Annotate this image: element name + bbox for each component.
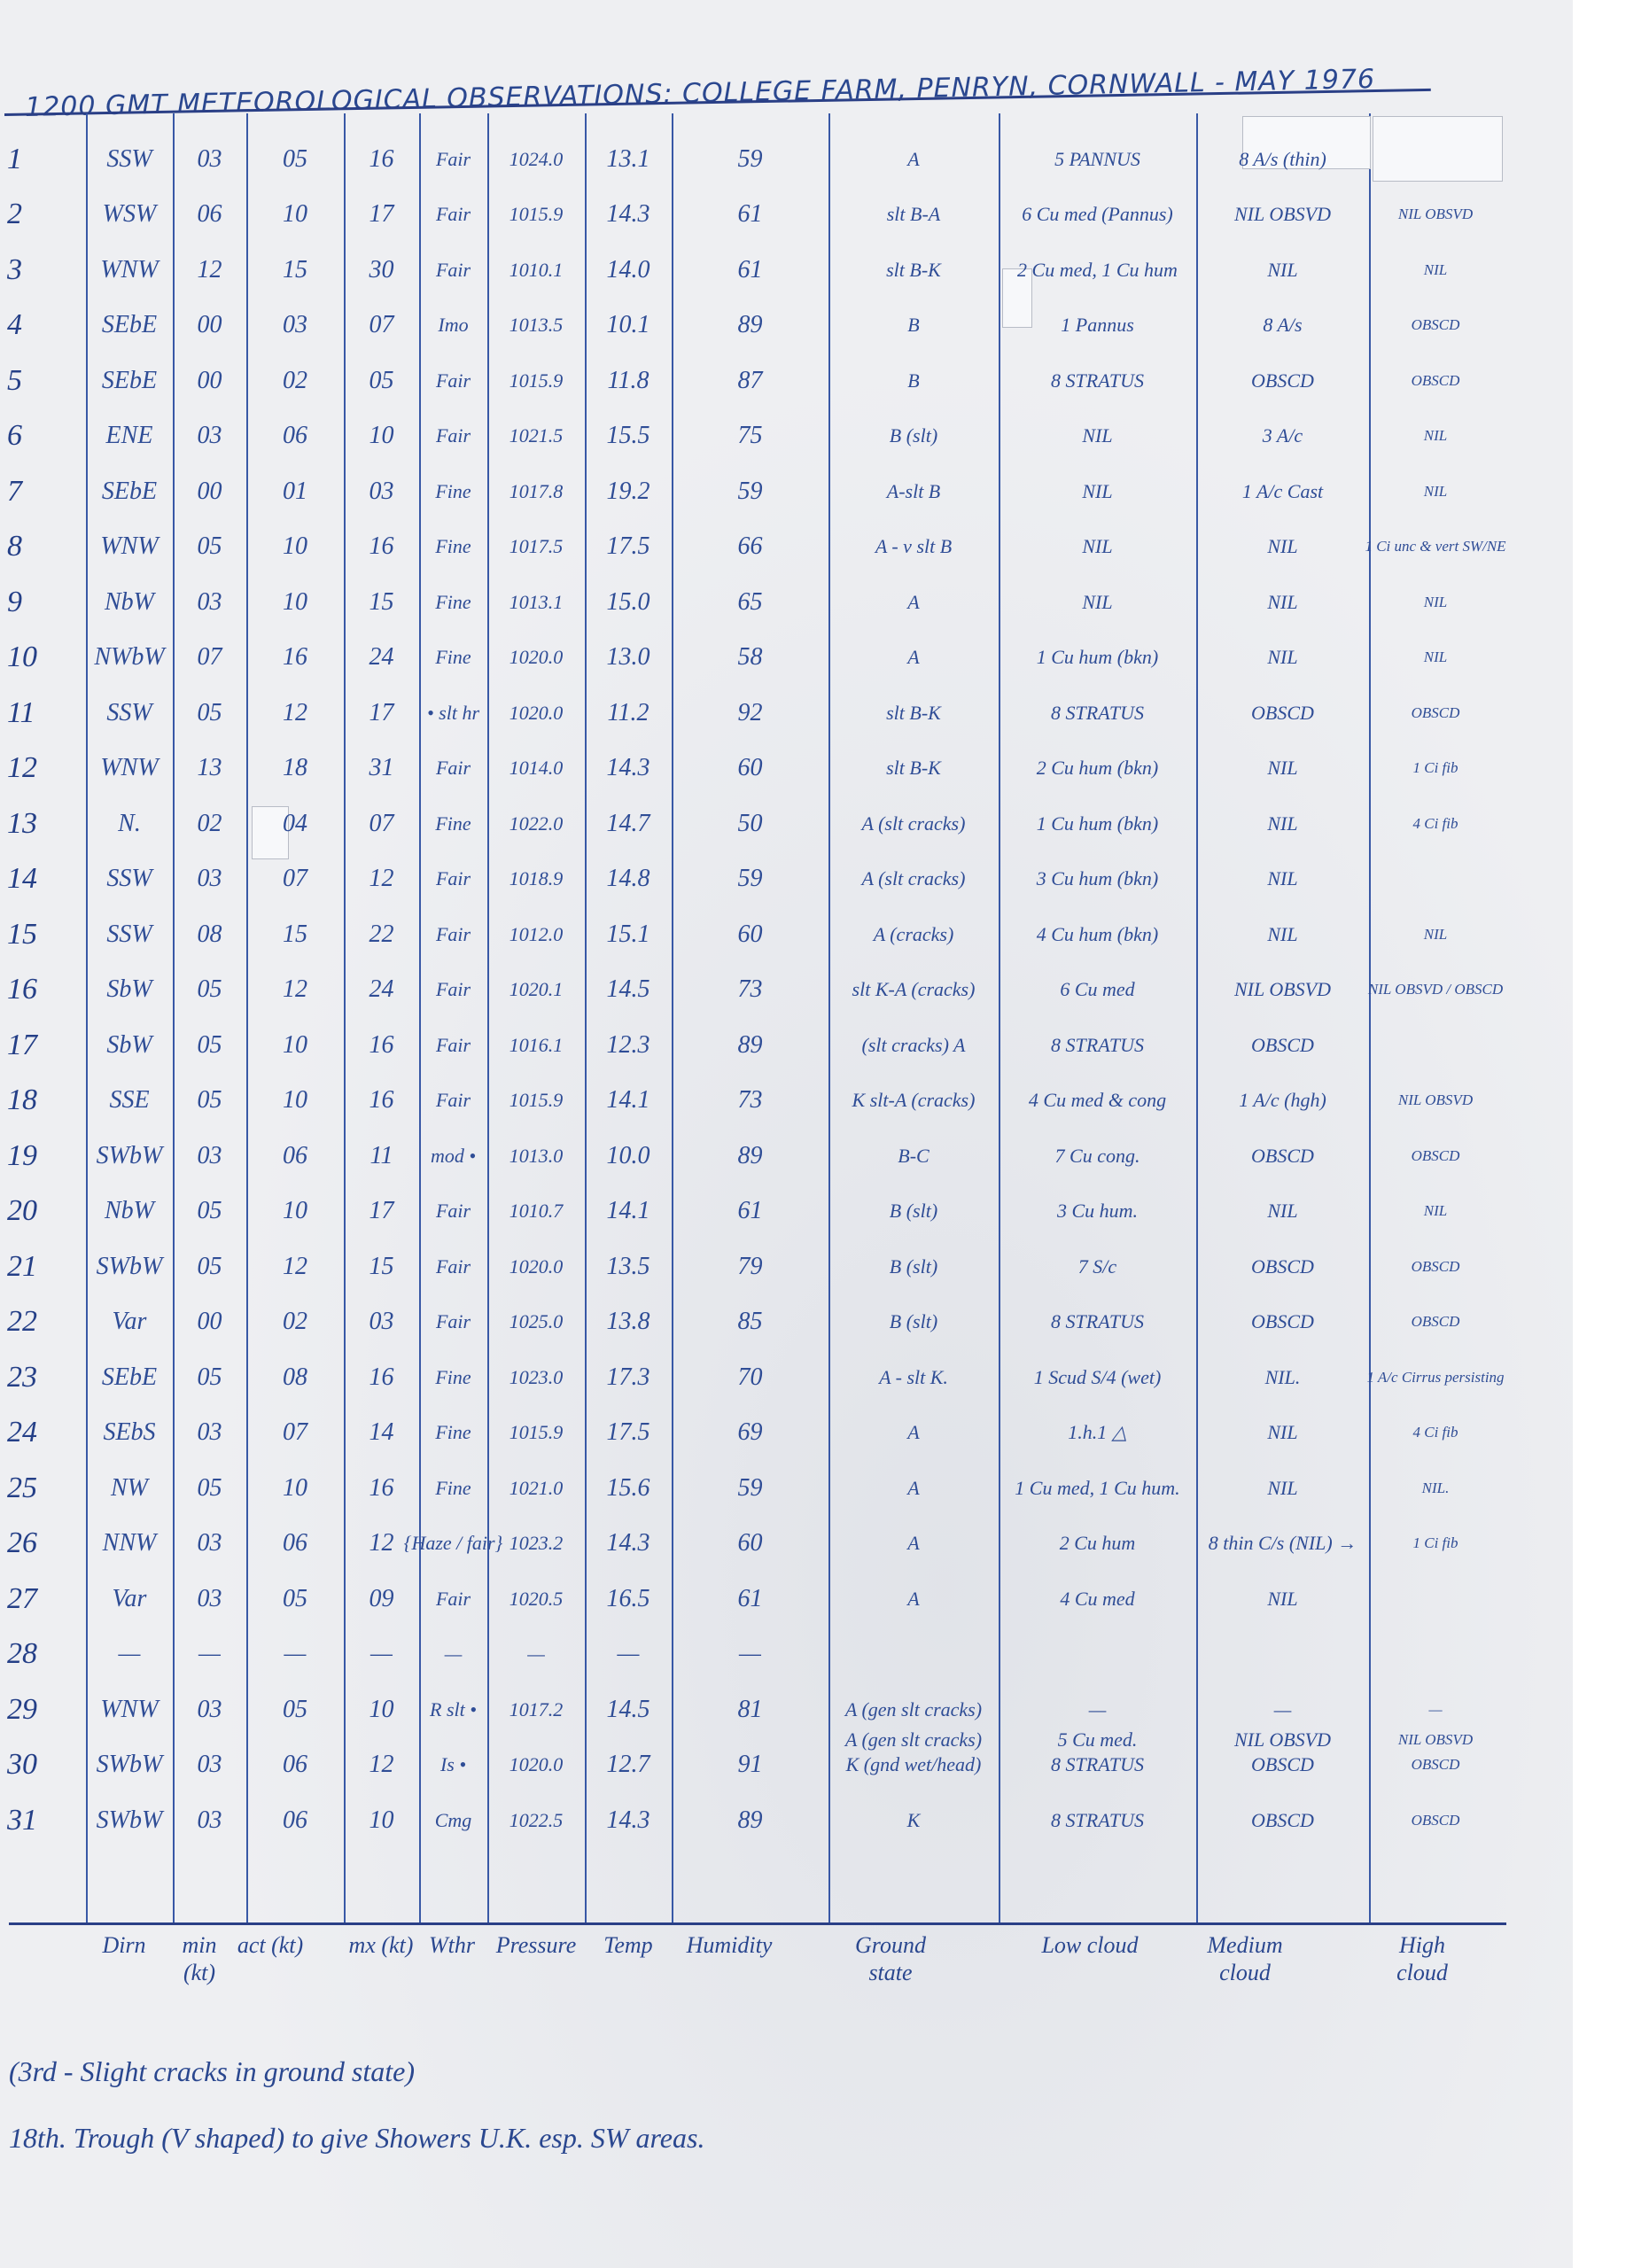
cell-ground: A	[828, 1407, 999, 1459]
cell-high: OBSCD	[1369, 1794, 1502, 1846]
table-row: 20NbW051017Fair1010.714.161B (slt)3 Cu h…	[0, 1185, 1506, 1238]
cell-pressure: 1013.1	[487, 576, 585, 628]
cell-low: 4 Cu med & cong	[999, 1075, 1196, 1127]
cell-humidity: 60	[672, 908, 828, 960]
cell-ground: slt B-A	[828, 189, 999, 241]
cell-day: 5	[0, 354, 93, 407]
cell-ground: A - slt K.	[828, 1351, 999, 1403]
table-row: 11SSW051217• slt hr1020.011.292slt B-K8 …	[0, 687, 1506, 739]
cell-day: 31	[0, 1794, 93, 1846]
cell-dirn: SSW	[86, 908, 173, 960]
cell-dirn: SSW	[86, 853, 173, 905]
footer-label-act: act (kt)	[235, 1931, 306, 1959]
footer-label-low: Low cloud	[1010, 1931, 1170, 1959]
cell-min: 03	[173, 133, 246, 185]
cell-act: 06	[246, 410, 344, 462]
cell-low: NIL	[999, 410, 1196, 462]
cell-pressure: 1017.8	[487, 465, 585, 517]
cell-day: 27	[0, 1573, 93, 1625]
cell-dirn: SWbW	[86, 1794, 173, 1846]
cell-max: 10	[344, 1794, 419, 1846]
cell-temp: 15.5	[585, 410, 672, 462]
cell-temp: 17.3	[585, 1351, 672, 1403]
cell-min: 06	[173, 189, 246, 241]
cell-high: OBSCD	[1369, 687, 1502, 739]
cell-ground: B	[828, 354, 999, 407]
cell-humidity: 59	[672, 465, 828, 517]
cell-act: 06	[246, 1130, 344, 1182]
cell-medium: NIL	[1196, 521, 1369, 573]
cell-day: 28	[0, 1628, 93, 1681]
cell-ground: A	[828, 1518, 999, 1570]
cell-wthr: Fair	[419, 133, 487, 185]
cell-min: 03	[173, 1739, 246, 1791]
table-row: 21SWbW051215Fair1020.013.579B (slt)7 S/c…	[0, 1240, 1506, 1293]
cell-temp: 17.5	[585, 1407, 672, 1459]
cell-wthr: Fine	[419, 1462, 487, 1514]
cell-dirn: NbW	[86, 576, 173, 628]
cell-min: 08	[173, 908, 246, 960]
cell-min: 03	[173, 1130, 246, 1182]
cell-max: 16	[344, 133, 419, 185]
cell-temp: 14.0	[585, 244, 672, 296]
table-row: 27Var030509Fair1020.516.561A4 Cu medNIL	[0, 1573, 1506, 1625]
cell-day: 3	[0, 244, 93, 296]
cell-humidity: 61	[672, 244, 828, 296]
cell-wthr: Is •	[419, 1739, 487, 1791]
cell-high	[1369, 133, 1502, 185]
cell-max: 05	[344, 354, 419, 407]
cell-pressure: —	[487, 1628, 585, 1681]
cell-act: 05	[246, 133, 344, 185]
cell-wthr: Fair	[419, 1019, 487, 1071]
cell-medium: 3 A/c	[1196, 410, 1369, 462]
cell-high: OBSCD	[1369, 1130, 1502, 1182]
cell-min: 05	[173, 964, 246, 1016]
cell-act: 10	[246, 189, 344, 241]
cell-low: 1.h.1 △	[999, 1407, 1196, 1459]
cell-min: 02	[173, 797, 246, 850]
cell-humidity: 65	[672, 576, 828, 628]
cell-min: 00	[173, 299, 246, 352]
cell-low: 8 STRATUS	[999, 1739, 1196, 1791]
cell-day: 8	[0, 521, 93, 573]
cell-dirn: ENE	[86, 410, 173, 462]
cell-medium: NIL	[1196, 908, 1369, 960]
cell-humidity: 58	[672, 632, 828, 684]
cell-ground: (slt cracks) A	[828, 1019, 999, 1071]
cell-wthr: Fine	[419, 576, 487, 628]
cell-pressure: 1022.5	[487, 1794, 585, 1846]
footer-label-humidity: Humidity	[672, 1931, 787, 1959]
cell-day: 10	[0, 632, 93, 684]
cell-min: 05	[173, 1019, 246, 1071]
cell-humidity: 50	[672, 797, 828, 850]
cell-dirn: SSW	[86, 687, 173, 739]
cell-pressure: 1012.0	[487, 908, 585, 960]
cell-max: 16	[344, 1462, 419, 1514]
cell-ground: A	[828, 1573, 999, 1625]
cell-temp: 14.5	[585, 964, 672, 1016]
cell-wthr: Fair	[419, 964, 487, 1016]
cell-high	[1369, 1628, 1502, 1681]
cell-min: 03	[173, 1518, 246, 1570]
cell-medium: OBSCD	[1196, 1296, 1369, 1348]
cell-dirn: SWbW	[86, 1240, 173, 1293]
cell-medium: 8 thin C/s (NIL) →	[1196, 1518, 1369, 1570]
cell-max: 16	[344, 1075, 419, 1127]
cell-pressure: 1015.9	[487, 1075, 585, 1127]
cell-pressure: 1021.0	[487, 1462, 585, 1514]
cell-day: 17	[0, 1019, 93, 1071]
cell-wthr: Fair	[419, 1573, 487, 1625]
cell-temp: 10.0	[585, 1130, 672, 1182]
cell-ground: A (cracks)	[828, 908, 999, 960]
cell-ground: slt B-K	[828, 742, 999, 795]
cell-high: NIL	[1369, 908, 1502, 960]
cell-wthr: Fair	[419, 1185, 487, 1238]
cell-min: 00	[173, 354, 246, 407]
cell-ground: A (slt cracks)	[828, 853, 999, 905]
table-row: 14SSW030712Fair1018.914.859A (slt cracks…	[0, 853, 1506, 905]
cell-min: 05	[173, 1351, 246, 1403]
cell-low: 2 Cu hum (bkn)	[999, 742, 1196, 795]
table-row: 1SSW030516Fair1024.013.159A5 PANNUS8 A/s…	[0, 133, 1506, 185]
cell-dirn: SWbW	[86, 1739, 173, 1791]
cell-high: OBSCD	[1369, 1240, 1502, 1293]
cell-max: 17	[344, 1185, 419, 1238]
cell-act: 12	[246, 687, 344, 739]
cell-humidity: 79	[672, 1240, 828, 1293]
cell-min: 05	[173, 521, 246, 573]
cell-medium: NIL	[1196, 742, 1369, 795]
cell-high: NIL	[1369, 576, 1502, 628]
table-row: 18SSE051016Fair1015.914.173K slt-A (crac…	[0, 1075, 1506, 1127]
cell-temp: 14.3	[585, 742, 672, 795]
cell-wthr: {Haze / fair}	[419, 1518, 487, 1570]
table-row: 30SWbW030612Is •1020.012.791K (gnd wet/h…	[0, 1739, 1506, 1791]
cell-act: 07	[246, 853, 344, 905]
cell-max: 03	[344, 465, 419, 517]
cell-ground: A (slt cracks)	[828, 797, 999, 850]
cell-high: 4 Ci fib	[1369, 797, 1502, 850]
cell-dirn: Var	[86, 1296, 173, 1348]
cell-medium: OBSCD	[1196, 1130, 1369, 1182]
cell-wthr: • slt hr	[419, 687, 487, 739]
footer-label-max: mx (kt)	[346, 1931, 416, 1959]
cell-medium: 8 A/s	[1196, 299, 1369, 352]
cell-ground: A	[828, 576, 999, 628]
cell-min: —	[173, 1628, 246, 1681]
cell-act: 12	[246, 964, 344, 1016]
cell-pressure: 1013.5	[487, 299, 585, 352]
cell-temp: 12.7	[585, 1739, 672, 1791]
cell-temp: 13.8	[585, 1296, 672, 1348]
footer-label-min: min (kt)	[164, 1931, 235, 1986]
cell-medium: NIL.	[1196, 1351, 1369, 1403]
cell-humidity: 73	[672, 1075, 828, 1127]
table-row: 6ENE030610Fair1021.515.575B (slt)NIL3 A/…	[0, 410, 1506, 462]
cell-medium: NIL OBSVD	[1196, 189, 1369, 241]
cell-low: 2 Cu med, 1 Cu hum	[999, 244, 1196, 296]
cell-wthr: Fair	[419, 742, 487, 795]
cell-day: 12	[0, 742, 93, 795]
table-row: 25NW051016Fine1021.015.659A1 Cu med, 1 C…	[0, 1462, 1506, 1514]
cell-temp: 14.1	[585, 1185, 672, 1238]
cell-medium: OBSCD	[1196, 1794, 1369, 1846]
cell-medium: 1 A/c Cast	[1196, 465, 1369, 517]
footer-label-temp: Temp	[585, 1931, 672, 1959]
table-row: 5SEbE000205Fair1015.911.887B8 STRATUSOBS…	[0, 354, 1506, 407]
cell-dirn: NWbW	[86, 632, 173, 684]
cell-humidity: 87	[672, 354, 828, 407]
cell-humidity: 85	[672, 1296, 828, 1348]
cell-wthr: —	[419, 1628, 487, 1681]
cell-max: 16	[344, 521, 419, 573]
cell-dirn: SSW	[86, 133, 173, 185]
cell-medium: NIL	[1196, 632, 1369, 684]
cell-medium: OBSCD	[1196, 1240, 1369, 1293]
cell-act: 10	[246, 1019, 344, 1071]
cell-max: 17	[344, 189, 419, 241]
cell-max: 17	[344, 687, 419, 739]
cell-high: NIL	[1369, 1185, 1502, 1238]
cell-day: 2	[0, 189, 93, 241]
cell-ground: slt B-K	[828, 244, 999, 296]
cell-humidity: 75	[672, 410, 828, 462]
cell-wthr: Fair	[419, 1240, 487, 1293]
cell-temp: 14.3	[585, 1794, 672, 1846]
cell-medium: NIL	[1196, 1462, 1369, 1514]
cell-humidity: 59	[672, 133, 828, 185]
footer-label-wthr: Wthr	[416, 1931, 487, 1959]
cell-min: 05	[173, 1075, 246, 1127]
cell-pressure: 1023.2	[487, 1518, 585, 1570]
cell-pressure: 1023.0	[487, 1351, 585, 1403]
cell-max: 07	[344, 797, 419, 850]
cell-low: 1 Cu hum (bkn)	[999, 797, 1196, 850]
cell-day: 16	[0, 964, 93, 1016]
cell-max: —	[344, 1628, 419, 1681]
cell-min: 00	[173, 465, 246, 517]
table-row: 4SEbE000307Imo1013.510.189B1 Pannus8 A/s…	[0, 299, 1506, 352]
cell-temp: 16.5	[585, 1573, 672, 1625]
cell-high: OBSCD	[1369, 1296, 1502, 1348]
cell-wthr: Fair	[419, 244, 487, 296]
cell-dirn: WNW	[86, 521, 173, 573]
cell-ground: B (slt)	[828, 1185, 999, 1238]
cell-act: 16	[246, 632, 344, 684]
cell-high: 1 Ci fib	[1369, 742, 1502, 795]
cell-low: 7 S/c	[999, 1240, 1196, 1293]
cell-humidity: 61	[672, 189, 828, 241]
cell-max: 15	[344, 1240, 419, 1293]
cell-pressure: 1020.0	[487, 1739, 585, 1791]
cell-dirn: SEbE	[86, 1351, 173, 1403]
cell-wthr: Fair	[419, 1296, 487, 1348]
cell-min: 03	[173, 1794, 246, 1846]
cell-dirn: —	[86, 1628, 173, 1681]
cell-medium: NIL	[1196, 1573, 1369, 1625]
cell-humidity: 92	[672, 687, 828, 739]
footer-rule	[9, 1922, 1506, 1925]
cell-act: 06	[246, 1794, 344, 1846]
cell-pressure: 1010.1	[487, 244, 585, 296]
footer-label-high: High cloud	[1373, 1931, 1471, 1986]
cell-humidity: 89	[672, 299, 828, 352]
cell-act: 04	[246, 797, 344, 850]
cell-wthr: Fine	[419, 797, 487, 850]
cell-temp: —	[585, 1628, 672, 1681]
cell-pressure: 1013.0	[487, 1130, 585, 1182]
cell-wthr: Fair	[419, 189, 487, 241]
cell-pressure: 1015.9	[487, 189, 585, 241]
cell-humidity: 59	[672, 853, 828, 905]
table-row: 16SbW051224Fair1020.114.573slt K-A (crac…	[0, 964, 1506, 1016]
table-row: 28————————	[0, 1628, 1506, 1681]
table-row: 12WNW131831Fair1014.014.360slt B-K2 Cu h…	[0, 742, 1506, 795]
cell-ground: K	[828, 1794, 999, 1846]
cell-ground: A	[828, 1462, 999, 1514]
cell-high: NIL OBSVD	[1369, 1075, 1502, 1127]
cell-ground: A	[828, 133, 999, 185]
cell-medium: NIL	[1196, 1185, 1369, 1238]
cell-low: 5 PANNUS	[999, 133, 1196, 185]
cell-day: 23	[0, 1351, 93, 1403]
cell-medium: NIL OBSVD	[1196, 964, 1369, 1016]
cell-max: 24	[344, 632, 419, 684]
table-row: 10NWbW071624Fine1020.013.058A1 Cu hum (b…	[0, 632, 1506, 684]
cell-high	[1369, 1573, 1502, 1625]
cell-wthr: Fine	[419, 632, 487, 684]
cell-dirn: WSW	[86, 189, 173, 241]
cell-ground: slt B-K	[828, 687, 999, 739]
cell-act: 06	[246, 1739, 344, 1791]
cell-medium: OBSCD	[1196, 1739, 1369, 1791]
cell-ground: A-slt B	[828, 465, 999, 517]
cell-pressure: 1025.0	[487, 1296, 585, 1348]
cell-humidity: 61	[672, 1185, 828, 1238]
cell-max: 11	[344, 1130, 419, 1182]
cell-act: 10	[246, 576, 344, 628]
cell-min: 05	[173, 1240, 246, 1293]
cell-min: 03	[173, 410, 246, 462]
ledger-page: 1200 GMT METEOROLOGICAL OBSERVATIONS: CO…	[0, 0, 1573, 2268]
cell-day: 22	[0, 1296, 93, 1348]
cell-min: 05	[173, 1462, 246, 1514]
cell-ground: slt K-A (cracks)	[828, 964, 999, 1016]
cell-min: 03	[173, 1407, 246, 1459]
cell-humidity: 89	[672, 1794, 828, 1846]
cell-temp: 13.5	[585, 1240, 672, 1293]
cell-pressure: 1021.5	[487, 410, 585, 462]
cell-high: 1 Ci fib	[1369, 1518, 1502, 1570]
cell-ground: A	[828, 632, 999, 684]
cell-medium: NIL	[1196, 1407, 1369, 1459]
footer-label-ground: Ground state	[842, 1931, 939, 1986]
cell-act: 02	[246, 354, 344, 407]
cell-act: 10	[246, 1185, 344, 1238]
cell-medium: NIL	[1196, 576, 1369, 628]
footer-label-dirn: Dirn	[84, 1931, 164, 1959]
cell-pressure: 1015.9	[487, 354, 585, 407]
cell-wthr: Fine	[419, 465, 487, 517]
cell-low: 8 STRATUS	[999, 1296, 1196, 1348]
cell-medium	[1196, 1628, 1369, 1681]
cell-humidity: 89	[672, 1130, 828, 1182]
cell-temp: 10.1	[585, 299, 672, 352]
cell-min: 00	[173, 1296, 246, 1348]
cell-pressure: 1020.0	[487, 1240, 585, 1293]
cell-humidity: —	[672, 1628, 828, 1681]
cell-dirn: NbW	[86, 1185, 173, 1238]
cell-wthr: Fine	[419, 1351, 487, 1403]
cell-low: NIL	[999, 576, 1196, 628]
cell-temp: 14.3	[585, 189, 672, 241]
cell-dirn: SbW	[86, 1019, 173, 1071]
cell-temp: 15.6	[585, 1462, 672, 1514]
cell-temp: 13.1	[585, 133, 672, 185]
cell-min: 05	[173, 687, 246, 739]
cell-medium: OBSCD	[1196, 687, 1369, 739]
cell-day: 13	[0, 797, 93, 850]
cell-ground	[828, 1628, 999, 1681]
cell-wthr: Fair	[419, 853, 487, 905]
cell-low: 6 Cu med (Pannus)	[999, 189, 1196, 241]
cell-day: 26	[0, 1518, 93, 1570]
cell-day: 24	[0, 1407, 93, 1459]
cell-low: 2 Cu hum	[999, 1518, 1196, 1570]
cell-dirn: Var	[86, 1573, 173, 1625]
cell-min: 03	[173, 853, 246, 905]
cell-pressure: 1010.7	[487, 1185, 585, 1238]
cell-pressure: 1016.1	[487, 1019, 585, 1071]
cell-max: 16	[344, 1019, 419, 1071]
cell-temp: 14.1	[585, 1075, 672, 1127]
cell-day: 20	[0, 1185, 93, 1238]
cell-high: NIL	[1369, 465, 1502, 517]
cell-ground: B (slt)	[828, 1296, 999, 1348]
cell-max: 12	[344, 853, 419, 905]
cell-day: 21	[0, 1240, 93, 1293]
cell-high: NIL.	[1369, 1462, 1502, 1514]
cell-day: 19	[0, 1130, 93, 1182]
cell-temp: 15.0	[585, 576, 672, 628]
cell-medium: 1 A/c (hgh)	[1196, 1075, 1369, 1127]
footer-label-pressure: Pressure	[487, 1931, 585, 1959]
cell-pressure: 1017.5	[487, 521, 585, 573]
table-row: 22Var000203Fair1025.013.885B (slt)8 STRA…	[0, 1296, 1506, 1348]
cell-dirn: SbW	[86, 964, 173, 1016]
cell-max: 07	[344, 299, 419, 352]
cell-low: 8 STRATUS	[999, 354, 1196, 407]
cell-dirn: NNW	[86, 1518, 173, 1570]
cell-day: 9	[0, 576, 93, 628]
cell-ground: B	[828, 299, 999, 352]
cell-low: 6 Cu med	[999, 964, 1196, 1016]
cell-day: 1	[0, 133, 93, 185]
cell-day: 15	[0, 908, 93, 960]
footer-label-medium: Medium cloud	[1187, 1931, 1303, 1986]
cell-high	[1369, 1019, 1502, 1071]
cell-max: 10	[344, 410, 419, 462]
cell-temp: 11.2	[585, 687, 672, 739]
cell-pressure: 1020.0	[487, 632, 585, 684]
cell-act: 15	[246, 244, 344, 296]
cell-max: 09	[344, 1573, 419, 1625]
cell-act: 05	[246, 1573, 344, 1625]
cell-ground: A - v slt B	[828, 521, 999, 573]
